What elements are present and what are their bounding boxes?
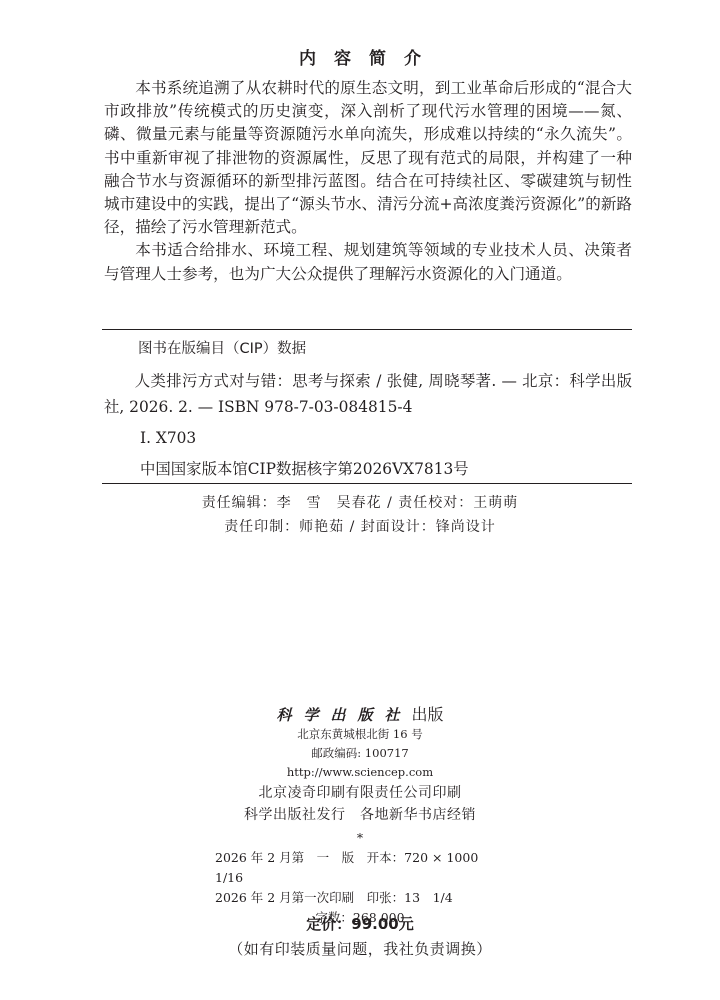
edition-info: 2026 年 2 月第 一 版 开本：720 × 1000 1/16 bbox=[215, 848, 505, 888]
publisher-block: 科学出版社出版 北京东黄城根北街 16 号 邮政编码: 100717 http:… bbox=[0, 702, 720, 826]
publisher-address: 北京东黄城根北街 16 号 bbox=[0, 725, 720, 744]
credits-line-production: 责任印制：师艳茹 / 封面设计：锋尚设计 bbox=[0, 515, 720, 539]
cip-classification: Ⅰ. X703 bbox=[140, 429, 196, 447]
price: 定价：99.00元 bbox=[0, 913, 720, 934]
publisher-logo: 科学出版社 bbox=[276, 706, 411, 724]
printer-name: 北京凌奇印刷有限责任公司印刷 bbox=[0, 782, 720, 804]
summary-title: 内容简介 bbox=[0, 44, 720, 69]
cip-bottom-divider bbox=[102, 483, 632, 484]
publisher-logo-suffix: 出版 bbox=[412, 705, 444, 724]
printing-info: 2026 年 2 月第一次印刷 印张：13 1/4 bbox=[215, 888, 505, 908]
summary-paragraph: 本书系统追溯了从农耕时代的原生态文明，到工业革命后形成的“混合大市政排放”传统模… bbox=[104, 77, 632, 239]
summary-body: 本书系统追溯了从农耕时代的原生态文明，到工业革命后形成的“混合大市政排放”传统模… bbox=[104, 77, 632, 286]
imprint-separator: * bbox=[0, 828, 720, 848]
editorial-credits: 责任编辑：李 雪 吴春花 / 责任校对：王萌萌 责任印制：师艳茹 / 封面设计：… bbox=[0, 491, 720, 539]
cip-entry: 人类排污方式对与错：思考与探索 / 张健, 周晓琴著. — 北京：科学出版社, … bbox=[104, 368, 632, 420]
cip-top-divider bbox=[102, 329, 632, 330]
quality-notice: （如有印装质量问题，我社负责调换） bbox=[0, 938, 720, 959]
publisher-website: http://www.sciencep.com bbox=[0, 763, 720, 782]
copyright-page: 内容简介 本书系统追溯了从农耕时代的原生态文明，到工业革命后形成的“混合大市政排… bbox=[0, 0, 720, 1000]
distribution-info: 科学出版社发行 各地新华书店经销 bbox=[0, 804, 720, 826]
summary-paragraph: 本书适合给排水、环境工程、规划建筑等领域的专业技术人员、决策者与管理人士参考，也… bbox=[104, 239, 632, 285]
cip-heading: 图书在版编目（CIP）数据 bbox=[138, 337, 306, 358]
cip-record-number: 中国国家版本馆CIP数据核字第2026VX7813号 bbox=[140, 457, 469, 479]
publisher-postcode: 邮政编码: 100717 bbox=[0, 744, 720, 763]
credits-line-editors: 责任编辑：李 雪 吴春花 / 责任校对：王萌萌 bbox=[0, 491, 720, 515]
cip-entry-text: 人类排污方式对与错：思考与探索 / 张健, 周晓琴著. — 北京：科学出版社, … bbox=[104, 368, 632, 420]
